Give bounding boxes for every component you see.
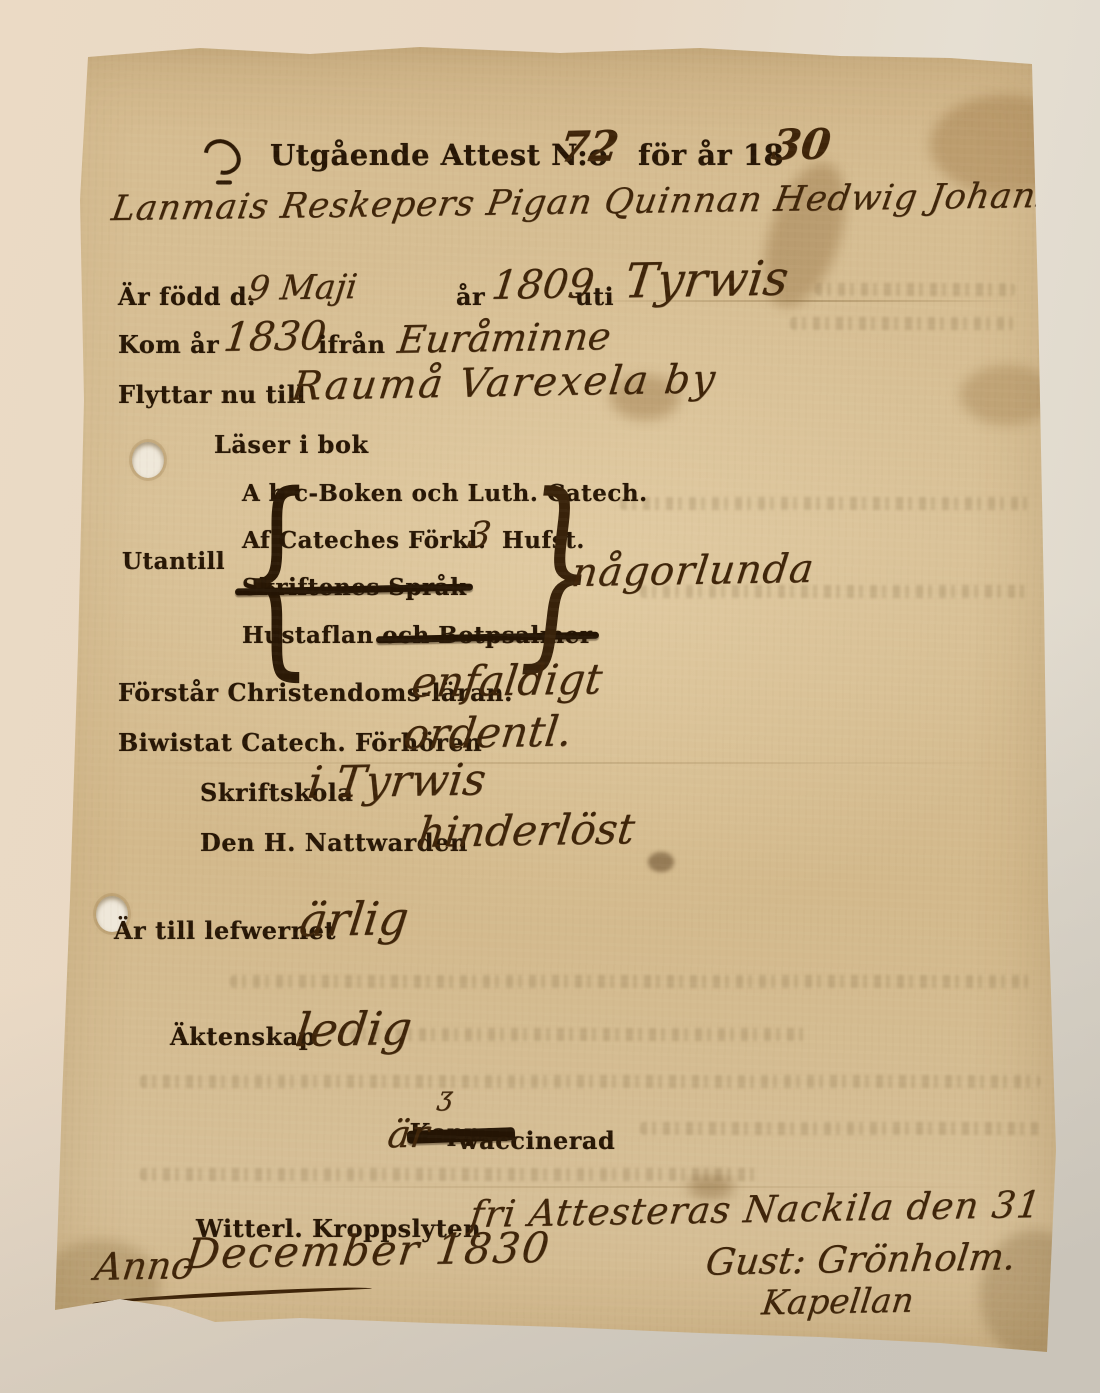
show-through-text	[140, 1075, 1040, 1088]
communion-value-handwritten: hinderlöst	[415, 804, 638, 857]
moving-label: Flyttar nu till	[118, 380, 306, 409]
show-through-text	[815, 283, 1015, 296]
subject-name-line: Lanmais Reskepers Pigan Quinnan Hedwig J…	[109, 175, 1100, 229]
memorized-item-cateches: Af Cateches Förkl.	[242, 527, 486, 554]
title-number-handwritten: 72	[557, 121, 621, 171]
arrived-from-label: ifrån	[318, 330, 386, 359]
memorized-item-botpsalmer-struck: och Botpsalmer	[382, 622, 592, 649]
title-printed-mid: för år 18	[638, 138, 784, 172]
arrived-year-handwritten: 1830	[221, 313, 328, 361]
memorized-label: Utantill	[122, 548, 225, 575]
understands-value-handwritten: enfaldigt	[409, 654, 605, 706]
vaccination-mark-handwritten: ʒ	[436, 1082, 454, 1112]
vaccination-word-handwritten: är	[385, 1112, 431, 1157]
show-through-text	[620, 497, 1030, 510]
document-paper: Utgående Attest N:o 72 för år 18 30 Lanm…	[0, 0, 1100, 1393]
attended-value-handwritten: ordentl.	[401, 706, 575, 758]
anno-handwritten: Anno	[92, 1243, 197, 1289]
show-through-text	[230, 975, 1030, 988]
memorized-item-hustaflan: Hustaflan och Botpsalmer	[242, 622, 592, 649]
title-year-handwritten: 30	[769, 119, 833, 169]
show-through-text	[790, 317, 1015, 330]
born-place-handwritten: Tyrwis	[622, 251, 792, 310]
ink-flourish	[197, 132, 247, 183]
paper-crease	[120, 762, 1020, 764]
memorized-item-hustaflan-text: Hustaflan	[242, 622, 374, 649]
conduct-value-handwritten: ärlig	[297, 891, 412, 947]
show-through-text	[140, 1168, 760, 1181]
signature-role: Kapellan	[760, 1281, 916, 1324]
memorized-item-skriftenes-struck: Skriftenes Språk	[242, 574, 467, 601]
marriage-value-handwritten: ledig	[293, 1001, 415, 1057]
signature-name: Gust: Grönholm.	[703, 1235, 1018, 1284]
arrived-place-handwritten: Euråminne	[395, 314, 613, 362]
born-label: Är född d.	[118, 282, 256, 311]
certification-handwritten: fri Attesteras Nackila den 31	[467, 1183, 1043, 1236]
memorized-hufst-label: Hufst.	[502, 527, 585, 554]
memorized-hufst-count-handwritten: 3	[465, 515, 493, 556]
punch-hole-top	[132, 442, 164, 478]
show-through-text	[640, 1122, 1040, 1135]
ink-dot-stain	[648, 852, 674, 872]
show-through-text	[350, 1028, 810, 1041]
moving-destination-handwritten: Raumå Varexela by	[289, 356, 719, 410]
small-stain	[960, 365, 1055, 425]
memorized-item-abc: A b c-Boken och Luth. Catech.	[242, 480, 648, 507]
confirmation-school-value-handwritten: i Tyrwis	[305, 754, 489, 808]
arrived-label: Kom år	[118, 330, 219, 359]
born-year-label: år	[456, 282, 485, 311]
born-date-handwritten: 9 Maji	[246, 267, 360, 309]
born-in-label: uti	[575, 282, 614, 311]
reads-label: Läser i bok	[214, 430, 369, 459]
memorized-grade-handwritten: någorlunda	[569, 546, 817, 596]
vaccination-printed-word: waccinerad	[458, 1126, 615, 1155]
photo-background: Utgående Attest N:o 72 för år 18 30 Lanm…	[0, 0, 1100, 1393]
date-handwritten: December 1830	[183, 1223, 554, 1278]
